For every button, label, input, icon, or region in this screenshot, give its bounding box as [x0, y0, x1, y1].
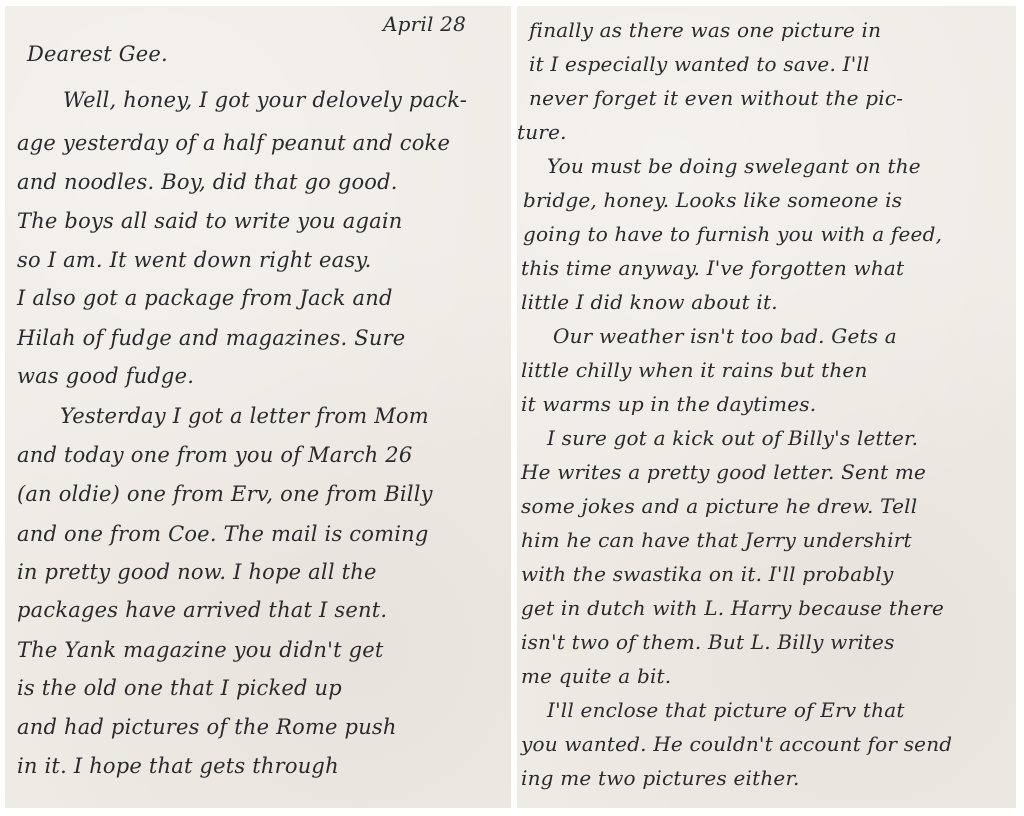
- letter-line: Yesterday I got a letter from Mom: [60, 404, 429, 428]
- letter-line: Well, honey, I got your delovely pack-: [63, 88, 467, 112]
- letter-line: this time anyway. I've forgotten what: [521, 256, 904, 280]
- letter-line: He writes a pretty good letter. Sent me: [521, 460, 926, 484]
- letter-line: with the swastika on it. I'll probably: [521, 562, 894, 586]
- letter-line: so I am. It went down right easy.: [17, 248, 371, 272]
- letter-line: age yesterday of a half peanut and coke: [17, 131, 450, 155]
- letter-line: ing me two pictures either.: [521, 766, 800, 790]
- letter-line: in pretty good now. I hope all the: [17, 560, 377, 584]
- letter-line: The Yank magazine you didn't get: [17, 638, 384, 662]
- letter-line: I'll enclose that picture of Erv that: [547, 698, 905, 722]
- letter-line: and one from Coe. The mail is coming: [17, 522, 429, 546]
- letter-line: isn't two of them. But L. Billy writes: [521, 630, 895, 654]
- letter-line: get in dutch with L. Harry because there: [521, 596, 944, 620]
- letter-line: little I did know about it.: [521, 290, 778, 314]
- letter-line: and noodles. Boy, did that go good.: [17, 170, 398, 194]
- letter-line: is the old one that I picked up: [17, 676, 342, 700]
- letter-line: going to have to furnish you with a feed…: [523, 222, 942, 246]
- letter-line: and had pictures of the Rome push: [17, 715, 397, 739]
- letter-line: him he can have that Jerry undershirt: [521, 528, 912, 552]
- letter-line: in it. I hope that gets through: [17, 754, 339, 778]
- letter-line: little chilly when it rains but then: [521, 358, 868, 382]
- letter-line: and today one from you of March 26: [17, 443, 412, 467]
- letter-line: finally as there was one picture in: [529, 18, 881, 42]
- letter-date: April 28: [383, 12, 466, 36]
- letter-page-right: finally as there was one picture in it I…: [517, 6, 1016, 808]
- letter-line: it warms up in the daytimes.: [521, 392, 816, 416]
- letter-line: was good fudge.: [17, 364, 194, 388]
- letter-page-left: April 28 Dearest Gee. Well, honey, I got…: [5, 6, 511, 808]
- letter-line: ture.: [517, 120, 567, 144]
- letter-line: Our weather isn't too bad. Gets a: [553, 324, 897, 348]
- letter-line: I sure got a kick out of Billy's letter.: [547, 426, 918, 450]
- letter-salutation: Dearest Gee.: [27, 42, 168, 66]
- letter-line: it I especially wanted to save. I'll: [529, 52, 870, 76]
- letter-line: you wanted. He couldn't account for send: [521, 732, 952, 756]
- letter-line: bridge, honey. Looks like someone is: [523, 188, 902, 212]
- letter-line: (an oldie) one from Erv, one from Billy: [17, 482, 433, 506]
- letter-line: The boys all said to write you again: [17, 209, 402, 233]
- letter-line: never forget it even without the pic-: [529, 86, 903, 110]
- letter-line: packages have arrived that I sent.: [17, 598, 387, 622]
- letter-line: Hilah of fudge and magazines. Sure: [17, 326, 405, 350]
- letter-line: me quite a bit.: [521, 664, 671, 688]
- letter-line: I also got a package from Jack and: [17, 286, 393, 310]
- letter-line: You must be doing swelegant on the: [547, 154, 921, 178]
- letter-line: some jokes and a picture he drew. Tell: [521, 494, 917, 518]
